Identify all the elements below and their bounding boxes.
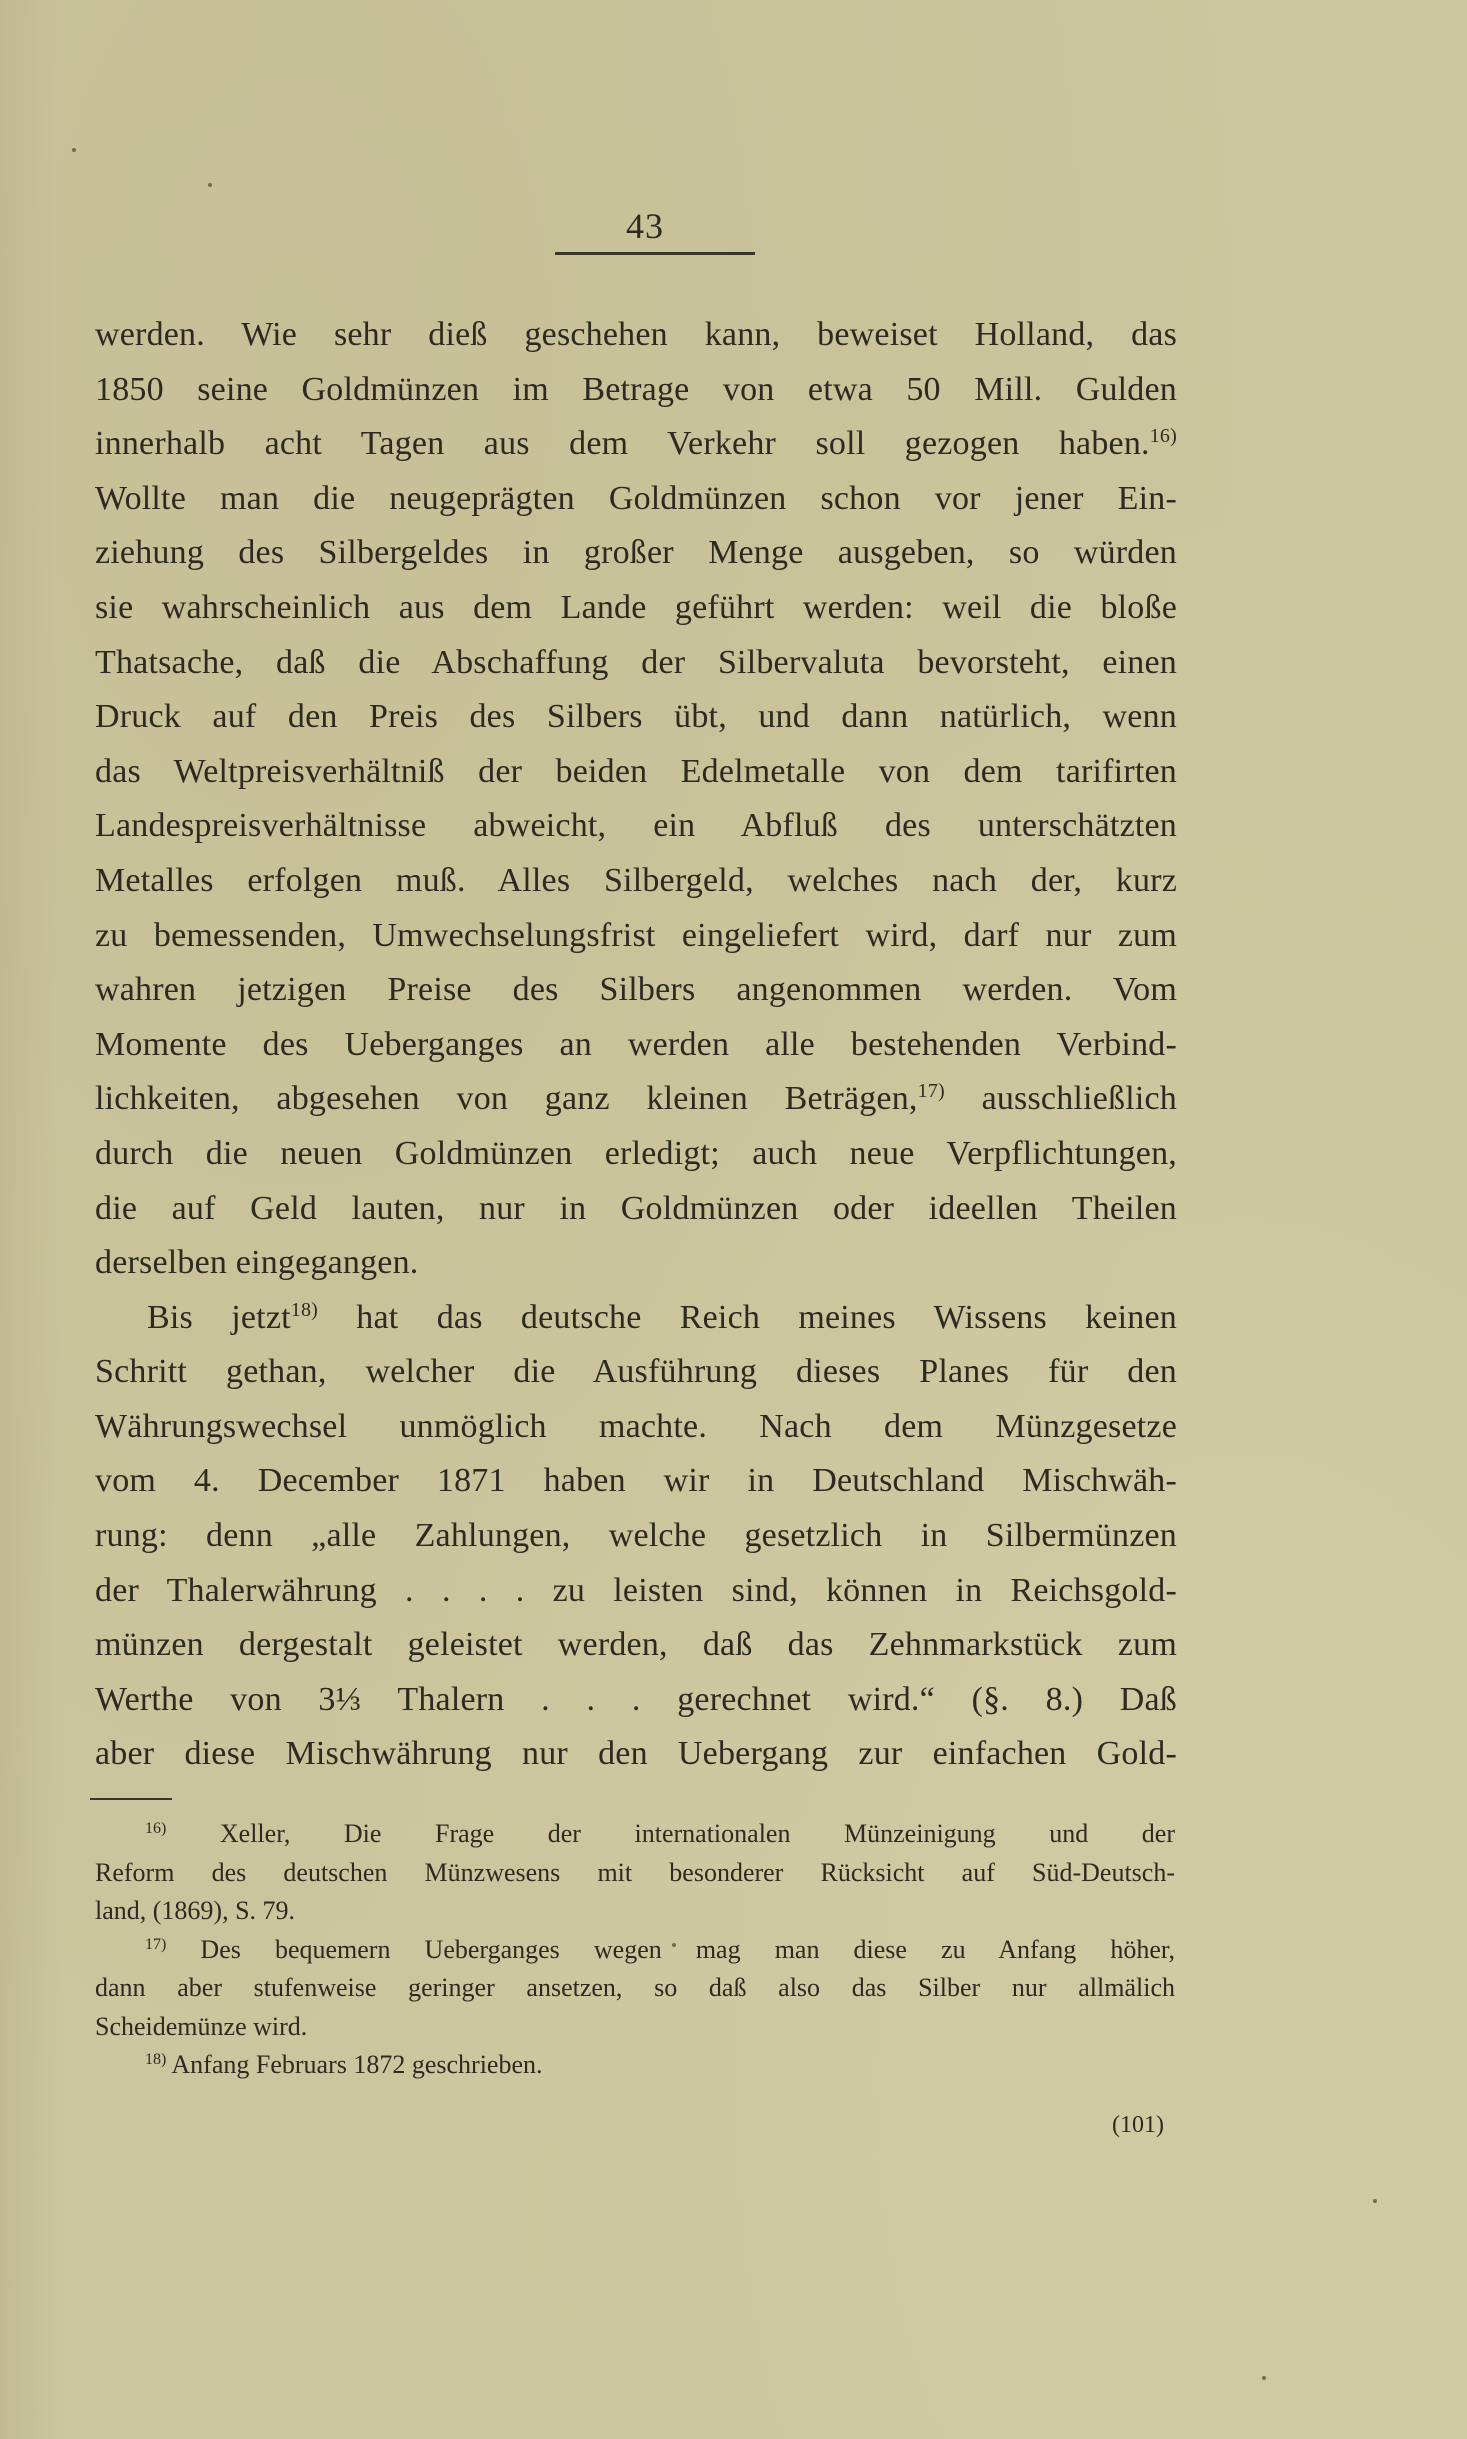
header-rule bbox=[555, 252, 755, 255]
text-line: das Weltpreisverhältniß der beiden Edelm… bbox=[95, 745, 1177, 800]
text-line: lichkeiten, abgesehen von ganz kleinen B… bbox=[95, 1072, 1177, 1127]
signature-mark: (101) bbox=[1112, 2112, 1164, 2139]
footnote-number: 18) bbox=[145, 2051, 166, 2068]
text-line-tail: hat das deutsche Reich meines Wissens ke… bbox=[318, 1299, 1177, 1336]
page-number: 43 bbox=[0, 205, 1290, 247]
footnote-16: 16) Xeller, Die Frage der internationale… bbox=[95, 1815, 1175, 1931]
text-line: innerhalb acht Tagen aus dem Verkehr sol… bbox=[95, 417, 1177, 472]
footnote-18: 18) Anfang Februars 1872 geschrieben. bbox=[95, 2046, 1175, 2085]
text-line-content: lichkeiten, abgesehen von ganz kleinen B… bbox=[95, 1080, 918, 1117]
text-line: zu bemessenden, Umwechselungsfrist einge… bbox=[95, 909, 1177, 964]
body-text: werden. Wie sehr dieß geschehen kann, be… bbox=[95, 308, 1177, 1782]
footnote-rule bbox=[90, 1798, 172, 1800]
text-line: 1850 seine Goldmünzen im Betrage von etw… bbox=[95, 363, 1177, 418]
text-line: Währungswechsel unmöglich machte. Nach d… bbox=[95, 1400, 1177, 1455]
footnote-line: 18) Anfang Februars 1872 geschrieben. bbox=[95, 2046, 1175, 2085]
text-line: münzen dergestalt geleistet werden, daß … bbox=[95, 1618, 1177, 1673]
text-line: werden. Wie sehr dieß geschehen kann, be… bbox=[95, 308, 1177, 363]
text-line: aber diese Mischwährung nur den Uebergan… bbox=[95, 1727, 1177, 1782]
text-line: Werthe von 3⅓ Thalern . . . gerechnet wi… bbox=[95, 1673, 1177, 1728]
footnote-17: 17) Des bequemern Ueberganges wegen mag … bbox=[95, 1931, 1175, 2047]
footnote-line: Reform des deutschen Münzwesens mit beso… bbox=[95, 1854, 1175, 1893]
text-line: Bis jetzt18) hat das deutsche Reich mein… bbox=[95, 1291, 1177, 1346]
text-line-content: Bis jetzt bbox=[147, 1299, 291, 1336]
footnote-number: 16) bbox=[145, 1820, 166, 1837]
footnote-number: 17) bbox=[145, 1936, 166, 1953]
text-line: Metalles erfolgen muß. Alles Silbergeld,… bbox=[95, 854, 1177, 909]
text-line: ziehung des Silbergeldes in großer Menge… bbox=[95, 526, 1177, 581]
text-line: die auf Geld lauten, nur in Goldmünzen o… bbox=[95, 1182, 1177, 1237]
text-line: durch die neuen Goldmünzen erledigt; auc… bbox=[95, 1127, 1177, 1182]
footnote-line: 17) Des bequemern Ueberganges wegen mag … bbox=[95, 1931, 1175, 1970]
footnote-ref-17[interactable]: 17) bbox=[918, 1080, 945, 1102]
paper-speck bbox=[72, 148, 76, 152]
paper-speck bbox=[672, 1943, 676, 1947]
text-line: Wollte man die neugeprägten Goldmünzen s… bbox=[95, 472, 1177, 527]
text-line: sie wahrscheinlich aus dem Lande geführt… bbox=[95, 581, 1177, 636]
footnote-line: dann aber stufenweise geringer ansetzen,… bbox=[95, 1969, 1175, 2008]
text-line: wahren jetzigen Preise des Silbers angen… bbox=[95, 963, 1177, 1018]
paper-speck bbox=[1373, 2199, 1377, 2203]
text-line: vom 4. December 1871 haben wir in Deutsc… bbox=[95, 1454, 1177, 1509]
footnote-line: 16) Xeller, Die Frage der internationale… bbox=[95, 1815, 1175, 1854]
footnote-line: Scheidemünze wird. bbox=[95, 2008, 1175, 2047]
footnote-text: Xeller, Die Frage der internationalen Mü… bbox=[166, 1819, 1175, 1848]
text-line: Momente des Ueberganges an werden alle b… bbox=[95, 1018, 1177, 1073]
footnote-ref-18[interactable]: 18) bbox=[291, 1299, 318, 1321]
footnotes: 16) Xeller, Die Frage der internationale… bbox=[95, 1815, 1175, 2085]
footnote-ref-16[interactable]: 16) bbox=[1150, 425, 1177, 447]
text-line: derselben eingegangen. bbox=[95, 1236, 1177, 1291]
paper-speck bbox=[1262, 2376, 1266, 2380]
paper-speck bbox=[208, 183, 212, 187]
footnote-text: Anfang Februars 1872 geschrieben. bbox=[166, 2050, 542, 2079]
text-line-tail: ausschließlich bbox=[945, 1080, 1177, 1117]
text-line: der Thalerwährung . . . . zu leisten sin… bbox=[95, 1564, 1177, 1619]
text-line: Thatsache, daß die Abschaffung der Silbe… bbox=[95, 636, 1177, 691]
text-line: rung: denn „alle Zahlungen, welche geset… bbox=[95, 1509, 1177, 1564]
text-line-content: innerhalb acht Tagen aus dem Verkehr sol… bbox=[95, 425, 1150, 462]
text-line: Schritt gethan, welcher die Ausführung d… bbox=[95, 1345, 1177, 1400]
footnote-line: land, (1869), S. 79. bbox=[95, 1892, 1175, 1931]
text-line: Druck auf den Preis des Silbers übt, und… bbox=[95, 690, 1177, 745]
text-line: Landespreisverhältnisse abweicht, ein Ab… bbox=[95, 799, 1177, 854]
footnote-text: Des bequemern Ueberganges wegen mag man … bbox=[166, 1935, 1175, 1964]
